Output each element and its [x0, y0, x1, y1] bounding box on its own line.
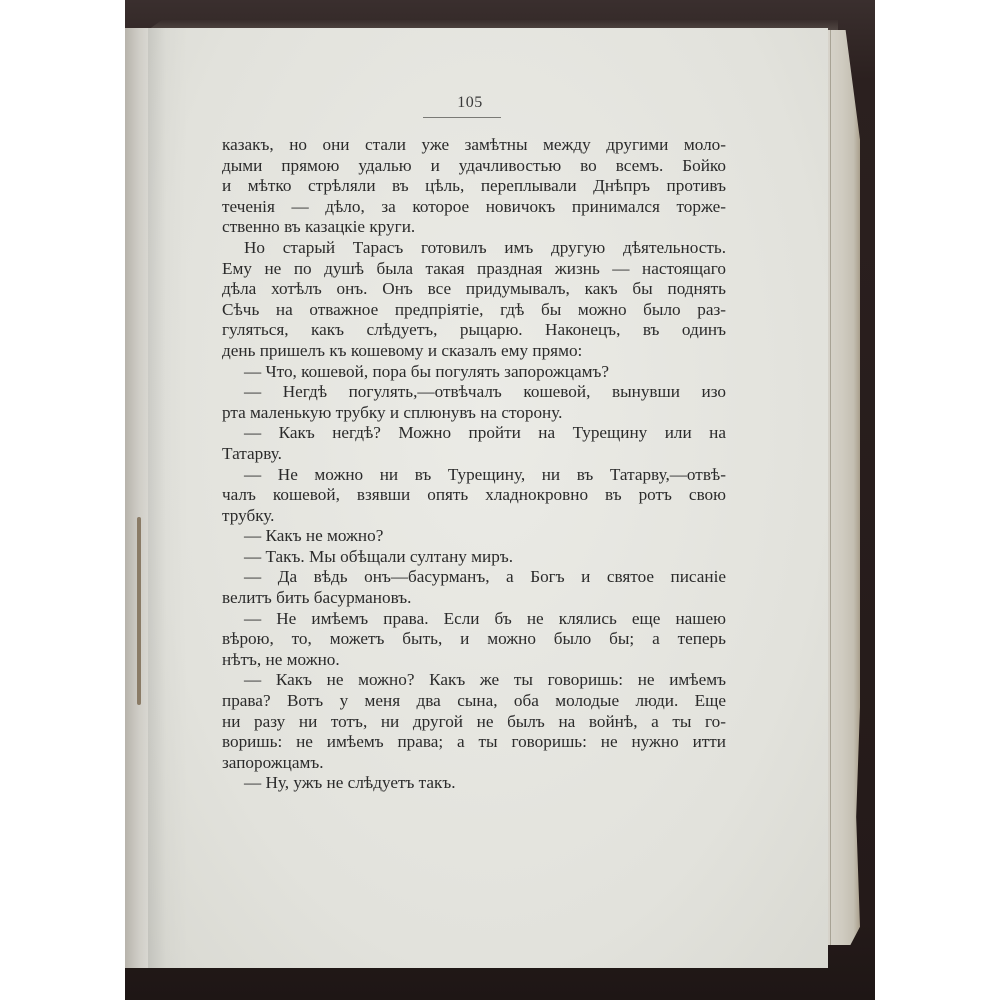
text-line: воришь: не имѣемъ права; а ты говоришь: …: [222, 732, 726, 753]
text-line: — Да вѣдь онъ—басурманъ, а Богъ и святое…: [222, 567, 726, 588]
text-line: запорожцамъ.: [222, 753, 726, 774]
text-line: день пришелъ къ кошевому и сказалъ ему п…: [222, 341, 726, 362]
text-line: Но старый Тарасъ готовилъ имъ другую дѣя…: [222, 238, 726, 259]
text-line: Татарву.: [222, 444, 726, 465]
text-line: дѣла хотѣлъ онъ. Онъ все придумывалъ, ка…: [222, 279, 726, 300]
text-line: — Какъ не можно? Какъ же ты говоришь: не…: [222, 670, 726, 691]
page-edge-line: [830, 30, 831, 945]
text-line: — Что, кошевой, пора бы погулять запорож…: [222, 362, 726, 383]
text-line: дыми прямою удалью и удачливостью во все…: [222, 156, 726, 177]
text-line: — Такъ. Мы обѣщали султану миръ.: [222, 547, 726, 568]
book-spine-gutter: [125, 28, 148, 968]
text-line: права? Вотъ у меня два сына, оба молодые…: [222, 691, 726, 712]
binding-thread: [137, 517, 141, 705]
page-text-body: казакъ, но они стали уже замѣтны между д…: [222, 135, 726, 794]
text-line: — Какъ негдѣ? Можно пройти на Турещину и…: [222, 423, 726, 444]
text-line: чалъ кошевой, взявши опять хладнокровно …: [222, 485, 726, 506]
text-line: казакъ, но они стали уже замѣтны между д…: [222, 135, 726, 156]
text-line: Ему не по душѣ была такая праздная жизнь…: [222, 259, 726, 280]
text-line: — Какъ не можно?: [222, 526, 726, 547]
text-line: рта маленькую трубку и сплюнувъ на сторо…: [222, 403, 726, 424]
text-line: — Негдѣ погулять,—отвѣчалъ кошевой, выну…: [222, 382, 726, 403]
page-fore-edge: [828, 30, 860, 945]
text-line: теченія — дѣло, за которое новичокъ прин…: [222, 197, 726, 218]
text-line: — Не можно ни въ Турещину, ни въ Татарву…: [222, 465, 726, 486]
text-line: ни разу ни тотъ, ни другой не былъ на во…: [222, 712, 726, 733]
page-number-rule: [423, 117, 501, 118]
text-line: велитъ бить басурмановъ.: [222, 588, 726, 609]
text-line: — Ну, ужъ не слѣдуетъ такъ.: [222, 773, 726, 794]
text-line: ственно въ казацкіе круги.: [222, 217, 726, 238]
text-line: трубку.: [222, 506, 726, 527]
text-line: — Не имѣемъ права. Если бъ не клялись ещ…: [222, 609, 726, 630]
text-line: и мѣтко стрѣляли въ цѣль, переплывали Дн…: [222, 176, 726, 197]
page-number: 105: [430, 94, 510, 112]
text-line: вѣрою, то, можетъ быть, и можно было бы;…: [222, 629, 726, 650]
text-line: Сѣчь на отважное предпріятіе, гдѣ бы мож…: [222, 300, 726, 321]
text-line: гуляться, какъ слѣдуетъ, рыцарю. Наконец…: [222, 320, 726, 341]
text-line: нѣтъ, не можно.: [222, 650, 726, 671]
